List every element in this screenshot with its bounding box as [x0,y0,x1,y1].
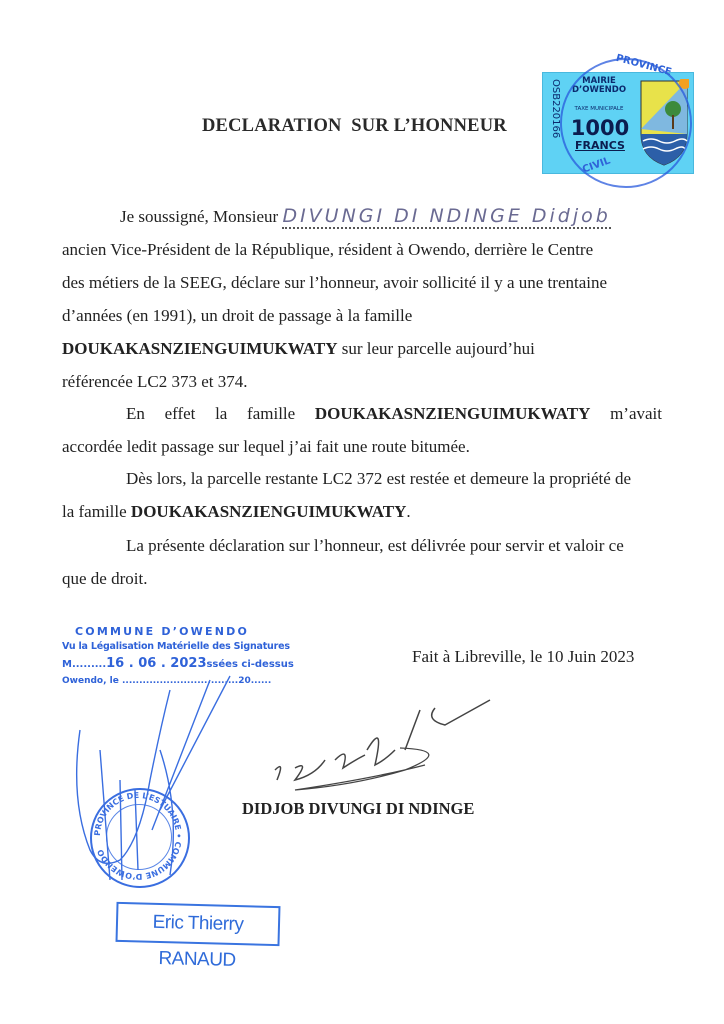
paragraph1-line5-text: sur leur parcelle aujourd’hui [338,339,535,358]
paragraph1-line2: ancien Vice-Président de la République, … [62,240,593,260]
signatory-signature [255,690,495,800]
paragraph3-line1: Dès lors, la parcelle restante LC2 372 e… [126,469,631,489]
paragraph1-line6: référencée LC2 373 et 374. [62,372,248,392]
overstamp-ring [560,58,692,188]
paragraph1-line5: DOUKAKASNZIENGUIMUKWATY sur leur parcell… [62,339,535,359]
paragraph3-line2: la famille DOUKAKASNZIENGUIMUKWATY. [62,502,411,522]
paragraph3-prefix: la famille [62,502,131,521]
official-name-stamp: Eric Thierry RANAUD [116,902,281,946]
family-name: DOUKAKASNZIENGUIMUKWATY [315,404,591,423]
handwritten-name: DIVUNGI DI NDINGE Didjob [282,205,610,229]
legalization-line2: M.........16 . 06 . 2023ssées ci-dessus [62,656,294,671]
signatory-name: DIDJOB DIVUNGI DI NDINGE [242,799,474,819]
stamp-serial: OSB220166 [545,79,561,169]
intro-prefix: Je soussigné, Monsieur [120,207,282,226]
paragraph2-prefix: En effet la famille [126,404,315,423]
paragraph4-line1: La présente déclaration sur l’honneur, e… [126,536,624,556]
paragraph1-line3: des métiers de la SEEG, déclare sur l’ho… [62,273,607,293]
place-date: Fait à Libreville, le 10 Juin 2023 [412,647,634,667]
legalization-header: COMMUNE D’OWENDO [75,625,249,638]
paragraph3-suffix: . [406,502,410,521]
legalization-line2-suffix: ssées ci-dessus [206,659,293,670]
paragraph4-line2: que de droit. [62,569,147,589]
legalization-line1: Vu la Légalisation Matérielle des Signat… [62,641,290,652]
paragraph2-line1: En effet la famille DOUKAKASNZIENGUIMUKW… [126,404,662,424]
family-name: DOUKAKASNZIENGUIMUKWATY [131,502,407,521]
legalization-line2-prefix: M......... [62,659,106,670]
document-title: DECLARATION SUR L’HONNEUR [202,116,507,137]
family-name: DOUKAKASNZIENGUIMUKWATY [62,339,338,358]
paragraph2-line2: accordée ledit passage sur lequel j’ai f… [62,437,470,457]
paragraph2-suffix: m’avait [590,404,662,423]
legalization-date: 16 . 06 . 2023 [106,656,206,671]
intro-line: Je soussigné, Monsieur DIVUNGI DI NDINGE… [120,205,611,227]
legalization-signature [60,670,280,910]
paragraph1-line4: d’années (en 1991), un droit de passage … [62,306,412,326]
